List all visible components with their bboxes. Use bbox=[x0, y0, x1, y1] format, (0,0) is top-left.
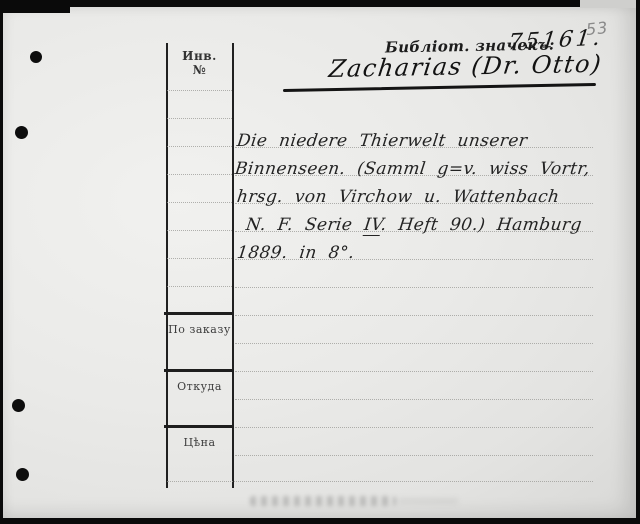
row-divider bbox=[164, 425, 234, 428]
number-sign-label: № bbox=[167, 63, 232, 77]
dotted-rule bbox=[167, 90, 232, 91]
row-label-tsena: Цѣна bbox=[167, 436, 232, 449]
row-label-otkuda: Откуда bbox=[167, 380, 232, 393]
row-divider bbox=[164, 369, 234, 372]
punch-hole bbox=[15, 126, 28, 139]
dotted-rule bbox=[167, 202, 232, 203]
title-line-4-post: . Heft 90.) Hamburg bbox=[380, 215, 583, 235]
dotted-rule bbox=[167, 174, 232, 175]
dotted-rule bbox=[235, 427, 593, 428]
dotted-rule bbox=[167, 286, 232, 287]
dotted-rule bbox=[167, 258, 232, 259]
title-line-2: Binnenseen. (Samml g=v. wiss Vortr, bbox=[234, 159, 591, 179]
ink-bleed-smudge bbox=[398, 498, 458, 504]
row-label-po-zakazu: По заказу bbox=[167, 323, 232, 336]
paper-top-edge bbox=[580, 0, 636, 8]
dotted-rule bbox=[235, 315, 593, 316]
punch-hole bbox=[30, 51, 42, 63]
dotted-rule bbox=[167, 230, 232, 231]
punch-hole bbox=[12, 399, 25, 412]
dotted-rule bbox=[235, 371, 593, 372]
ink-bleed-smudge bbox=[250, 496, 396, 506]
dotted-rule bbox=[167, 481, 593, 482]
dotted-rule bbox=[235, 343, 593, 344]
title-line-4: N. F. Serie IV. Heft 90.) Hamburg bbox=[245, 215, 583, 235]
inv-label: Инв. bbox=[167, 49, 232, 63]
punch-hole bbox=[16, 468, 29, 481]
dotted-rule bbox=[235, 399, 593, 400]
dotted-rule bbox=[167, 146, 232, 147]
inventory-column-header: Инв. № bbox=[167, 49, 232, 77]
column-left-rule bbox=[166, 43, 168, 488]
title-line-4-pre: N. F. Serie bbox=[245, 215, 366, 235]
dotted-rule bbox=[235, 455, 593, 456]
title-line-1: Die niedere Thierwelt unserer bbox=[236, 131, 529, 151]
catalog-card-scan: Инв. № По заказу Откуда Цѣна Библіот. зн… bbox=[0, 0, 640, 524]
row-divider bbox=[164, 312, 234, 315]
dotted-rule bbox=[167, 118, 232, 119]
pencil-corner-number: 53 bbox=[585, 18, 609, 39]
scan-edge-shadow bbox=[0, 0, 70, 13]
column-right-rule bbox=[232, 43, 234, 488]
title-line-5: 1889. in 8°. bbox=[236, 243, 356, 263]
dotted-rule bbox=[235, 287, 593, 288]
author-heading-handwritten: Zacharias (Dr. Otto) bbox=[327, 50, 603, 83]
title-line-3: hrsg. von Virchow u. Wattenbach bbox=[236, 187, 561, 207]
